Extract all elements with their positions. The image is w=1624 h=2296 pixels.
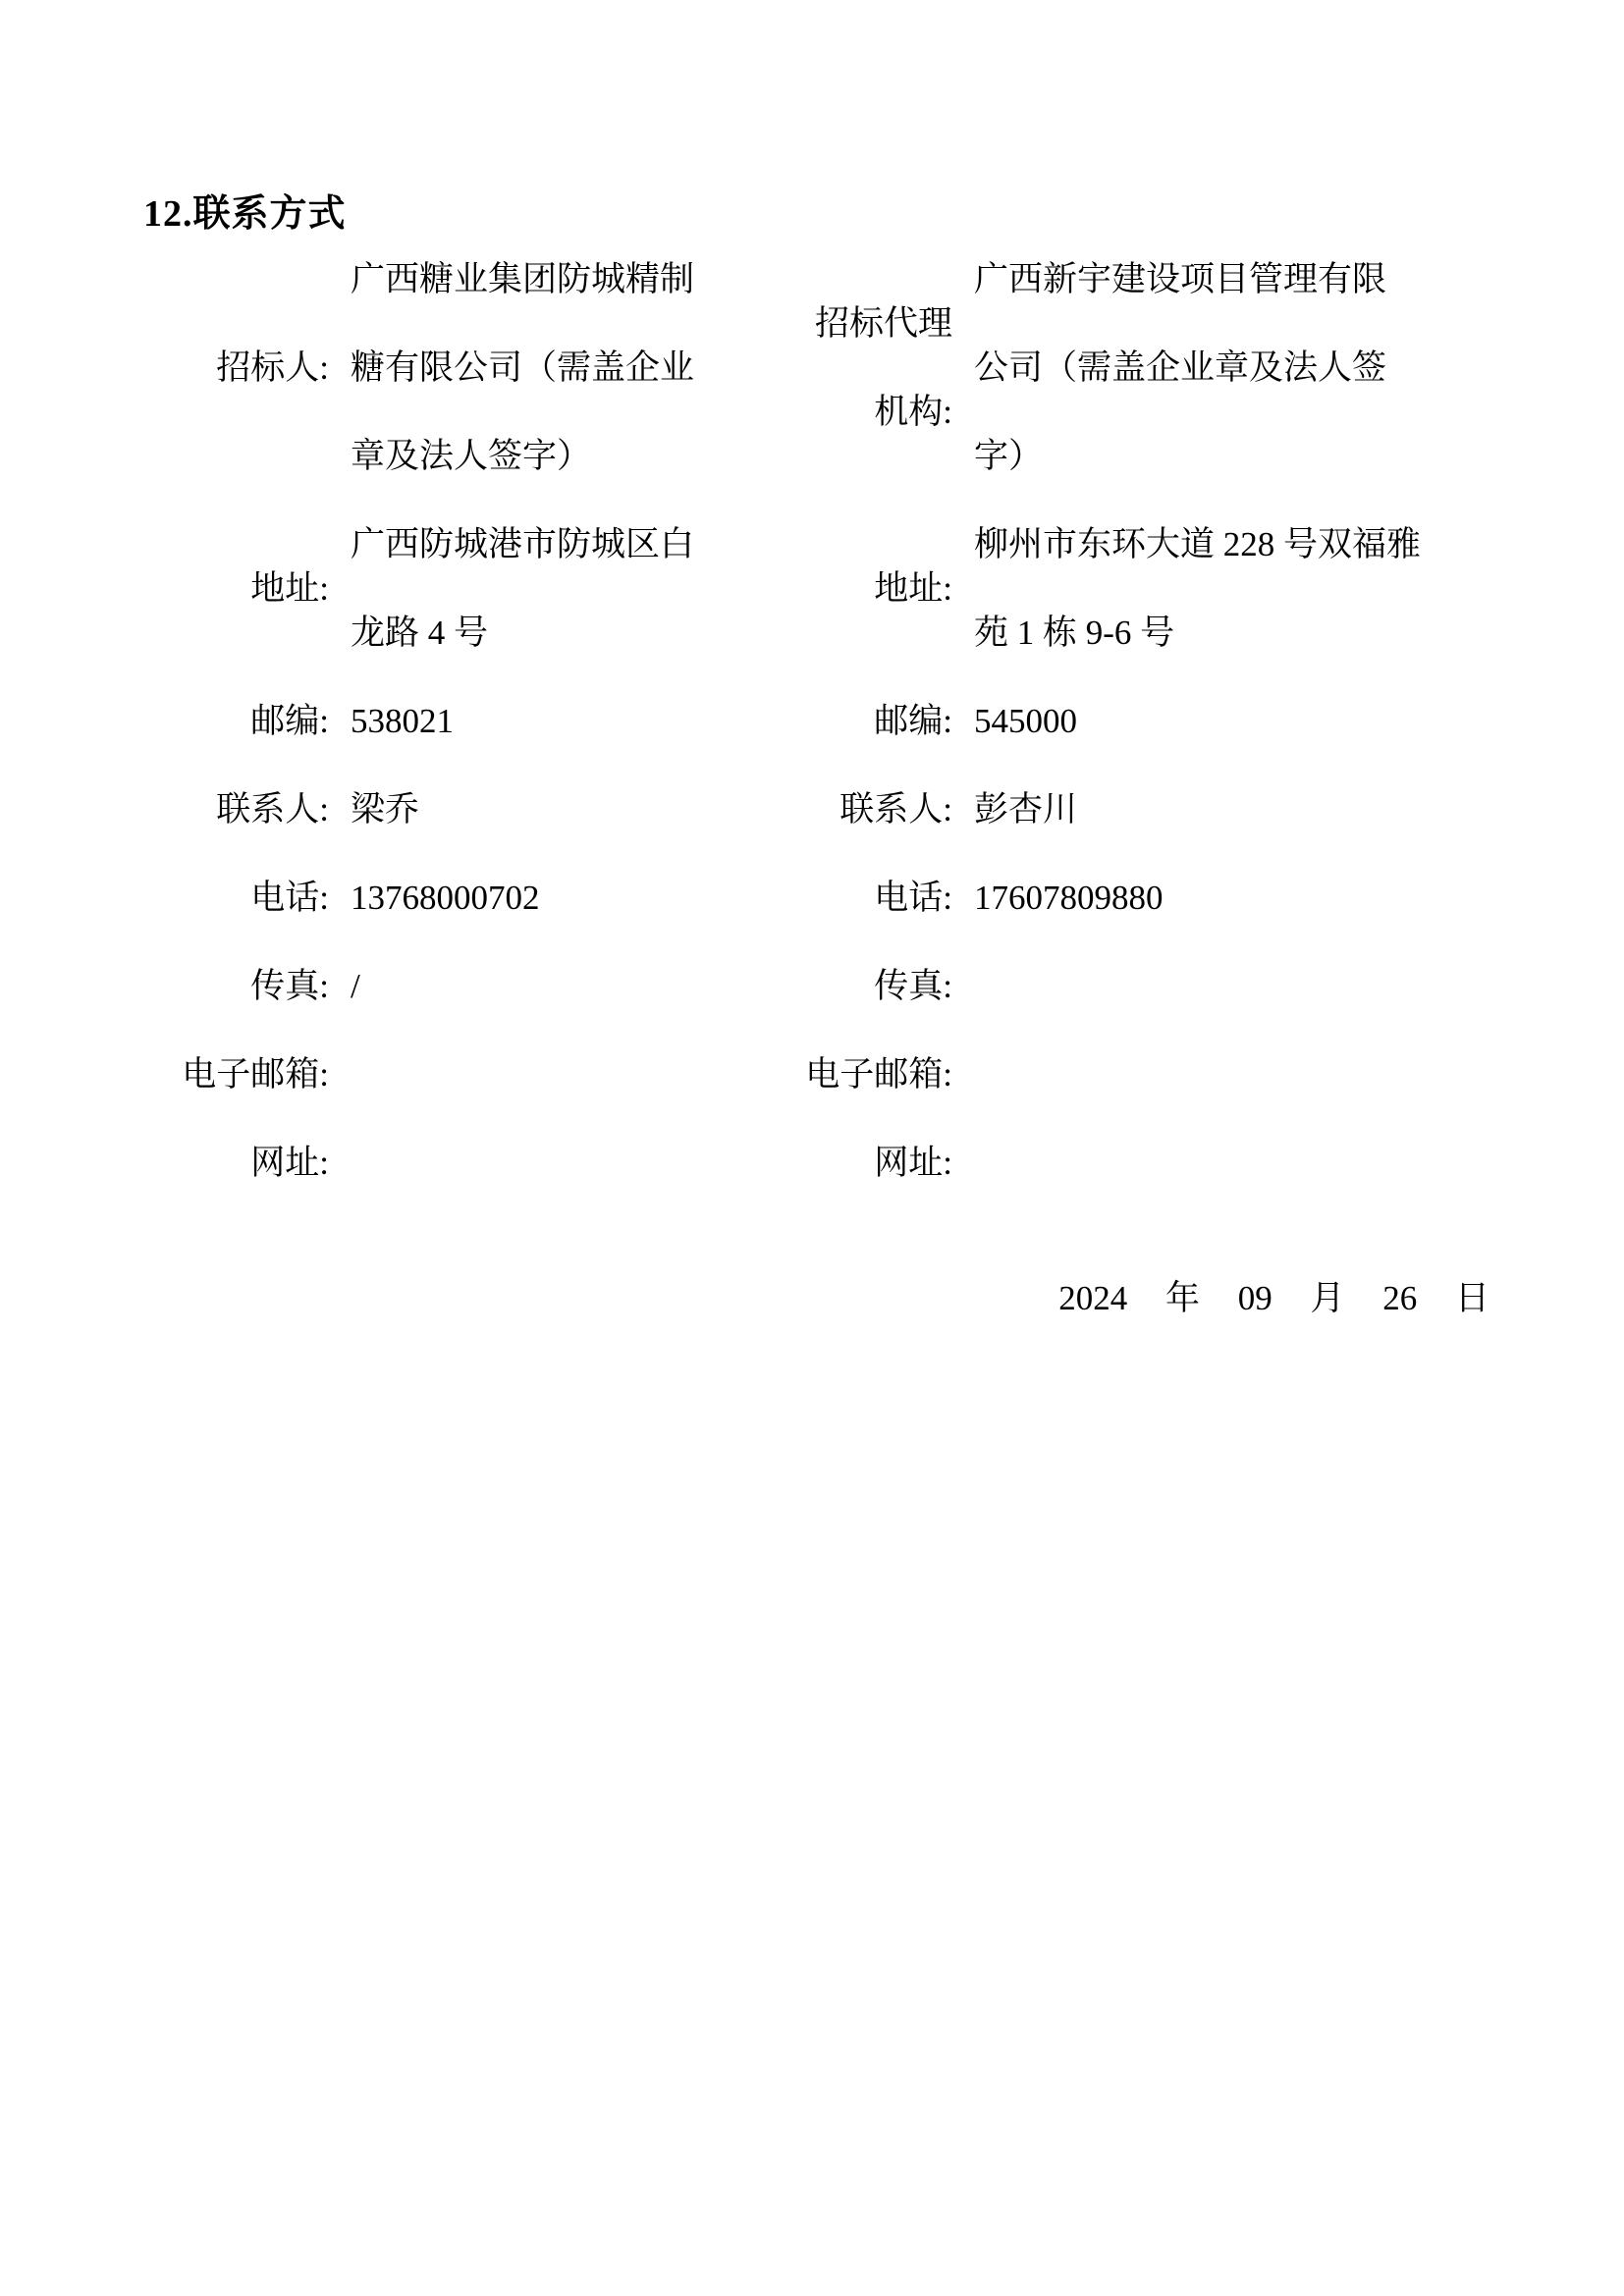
agency-website-row: 网址:: [791, 1119, 1447, 1207]
phone-value: 13768000702: [329, 854, 716, 942]
contact-person-value: 彭杏川: [952, 766, 1447, 854]
agency-label: 招标代理 机构:: [791, 280, 952, 456]
agency-row: 招标代理 机构: 广西新宇建设项目管理有限 公司（需盖企业章及法人签 字）: [791, 236, 1447, 501]
fax-value: /: [329, 942, 716, 1031]
phone-value: 17607809880: [952, 854, 1447, 942]
tenderer-fax-row: 传真: /: [140, 942, 716, 1031]
address-value: 广西防城港市防城区白 龙路 4 号: [329, 501, 716, 677]
phone-label: 电话:: [791, 854, 952, 942]
agency-fax-row: 传真:: [791, 942, 1447, 1031]
address-value: 柳州市东环大道 228 号双福雅 苑 1 栋 9-6 号: [952, 501, 1447, 677]
tenderer-postcode-row: 邮编: 538021: [140, 677, 716, 766]
fax-label: 传真:: [791, 942, 952, 1031]
contact-person-label: 联系人:: [791, 766, 952, 854]
tenderer-row: 招标人: 广西糖业集团防城精制 糖有限公司（需盖企业 章及法人签字）: [140, 236, 716, 501]
postcode-value: 538021: [329, 677, 716, 766]
tenderer-address-row: 地址: 广西防城港市防城区白 龙路 4 号: [140, 501, 716, 677]
agency-postcode-row: 邮编: 545000: [791, 677, 1447, 766]
phone-label: 电话:: [140, 854, 329, 942]
agency-phone-row: 电话: 17607809880: [791, 854, 1447, 942]
agency-contact-person-row: 联系人: 彭杏川: [791, 766, 1447, 854]
section-heading: 12.联系方式: [143, 188, 347, 240]
fax-label: 传真:: [140, 942, 329, 1031]
postcode-value: 545000: [952, 677, 1447, 766]
agency-value: 广西新宇建设项目管理有限 公司（需盖企业章及法人签 字）: [952, 236, 1447, 501]
tenderer-label: 招标人:: [140, 324, 329, 412]
tenderer-phone-row: 电话: 13768000702: [140, 854, 716, 942]
email-label: 电子邮箱:: [791, 1031, 952, 1119]
agency-contact-block: 招标代理 机构: 广西新宇建设项目管理有限 公司（需盖企业章及法人签 字） 地址…: [791, 236, 1447, 1207]
website-label: 网址:: [140, 1119, 329, 1207]
postcode-label: 邮编:: [791, 677, 952, 766]
postcode-label: 邮编:: [140, 677, 329, 766]
contact-person-value: 梁乔: [329, 766, 716, 854]
address-label: 地址:: [140, 545, 329, 633]
agency-email-row: 电子邮箱:: [791, 1031, 1447, 1119]
document-date: 2024 年 09 月 26 日: [1058, 1255, 1489, 1343]
agency-address-row: 地址: 柳州市东环大道 228 号双福雅 苑 1 栋 9-6 号: [791, 501, 1447, 677]
contact-person-label: 联系人:: [140, 766, 329, 854]
tenderer-website-row: 网址:: [140, 1119, 716, 1207]
tenderer-value: 广西糖业集团防城精制 糖有限公司（需盖企业 章及法人签字）: [329, 236, 716, 501]
document-page: 12.联系方式 招标人: 广西糖业集团防城精制 糖有限公司（需盖企业 章及法人签…: [0, 0, 1624, 2296]
tenderer-email-row: 电子邮箱:: [140, 1031, 716, 1119]
email-label: 电子邮箱:: [140, 1031, 329, 1119]
tenderer-contact-block: 招标人: 广西糖业集团防城精制 糖有限公司（需盖企业 章及法人签字） 地址: 广…: [140, 236, 716, 1207]
tenderer-contact-person-row: 联系人: 梁乔: [140, 766, 716, 854]
address-label: 地址:: [791, 545, 952, 633]
website-label: 网址:: [791, 1119, 952, 1207]
